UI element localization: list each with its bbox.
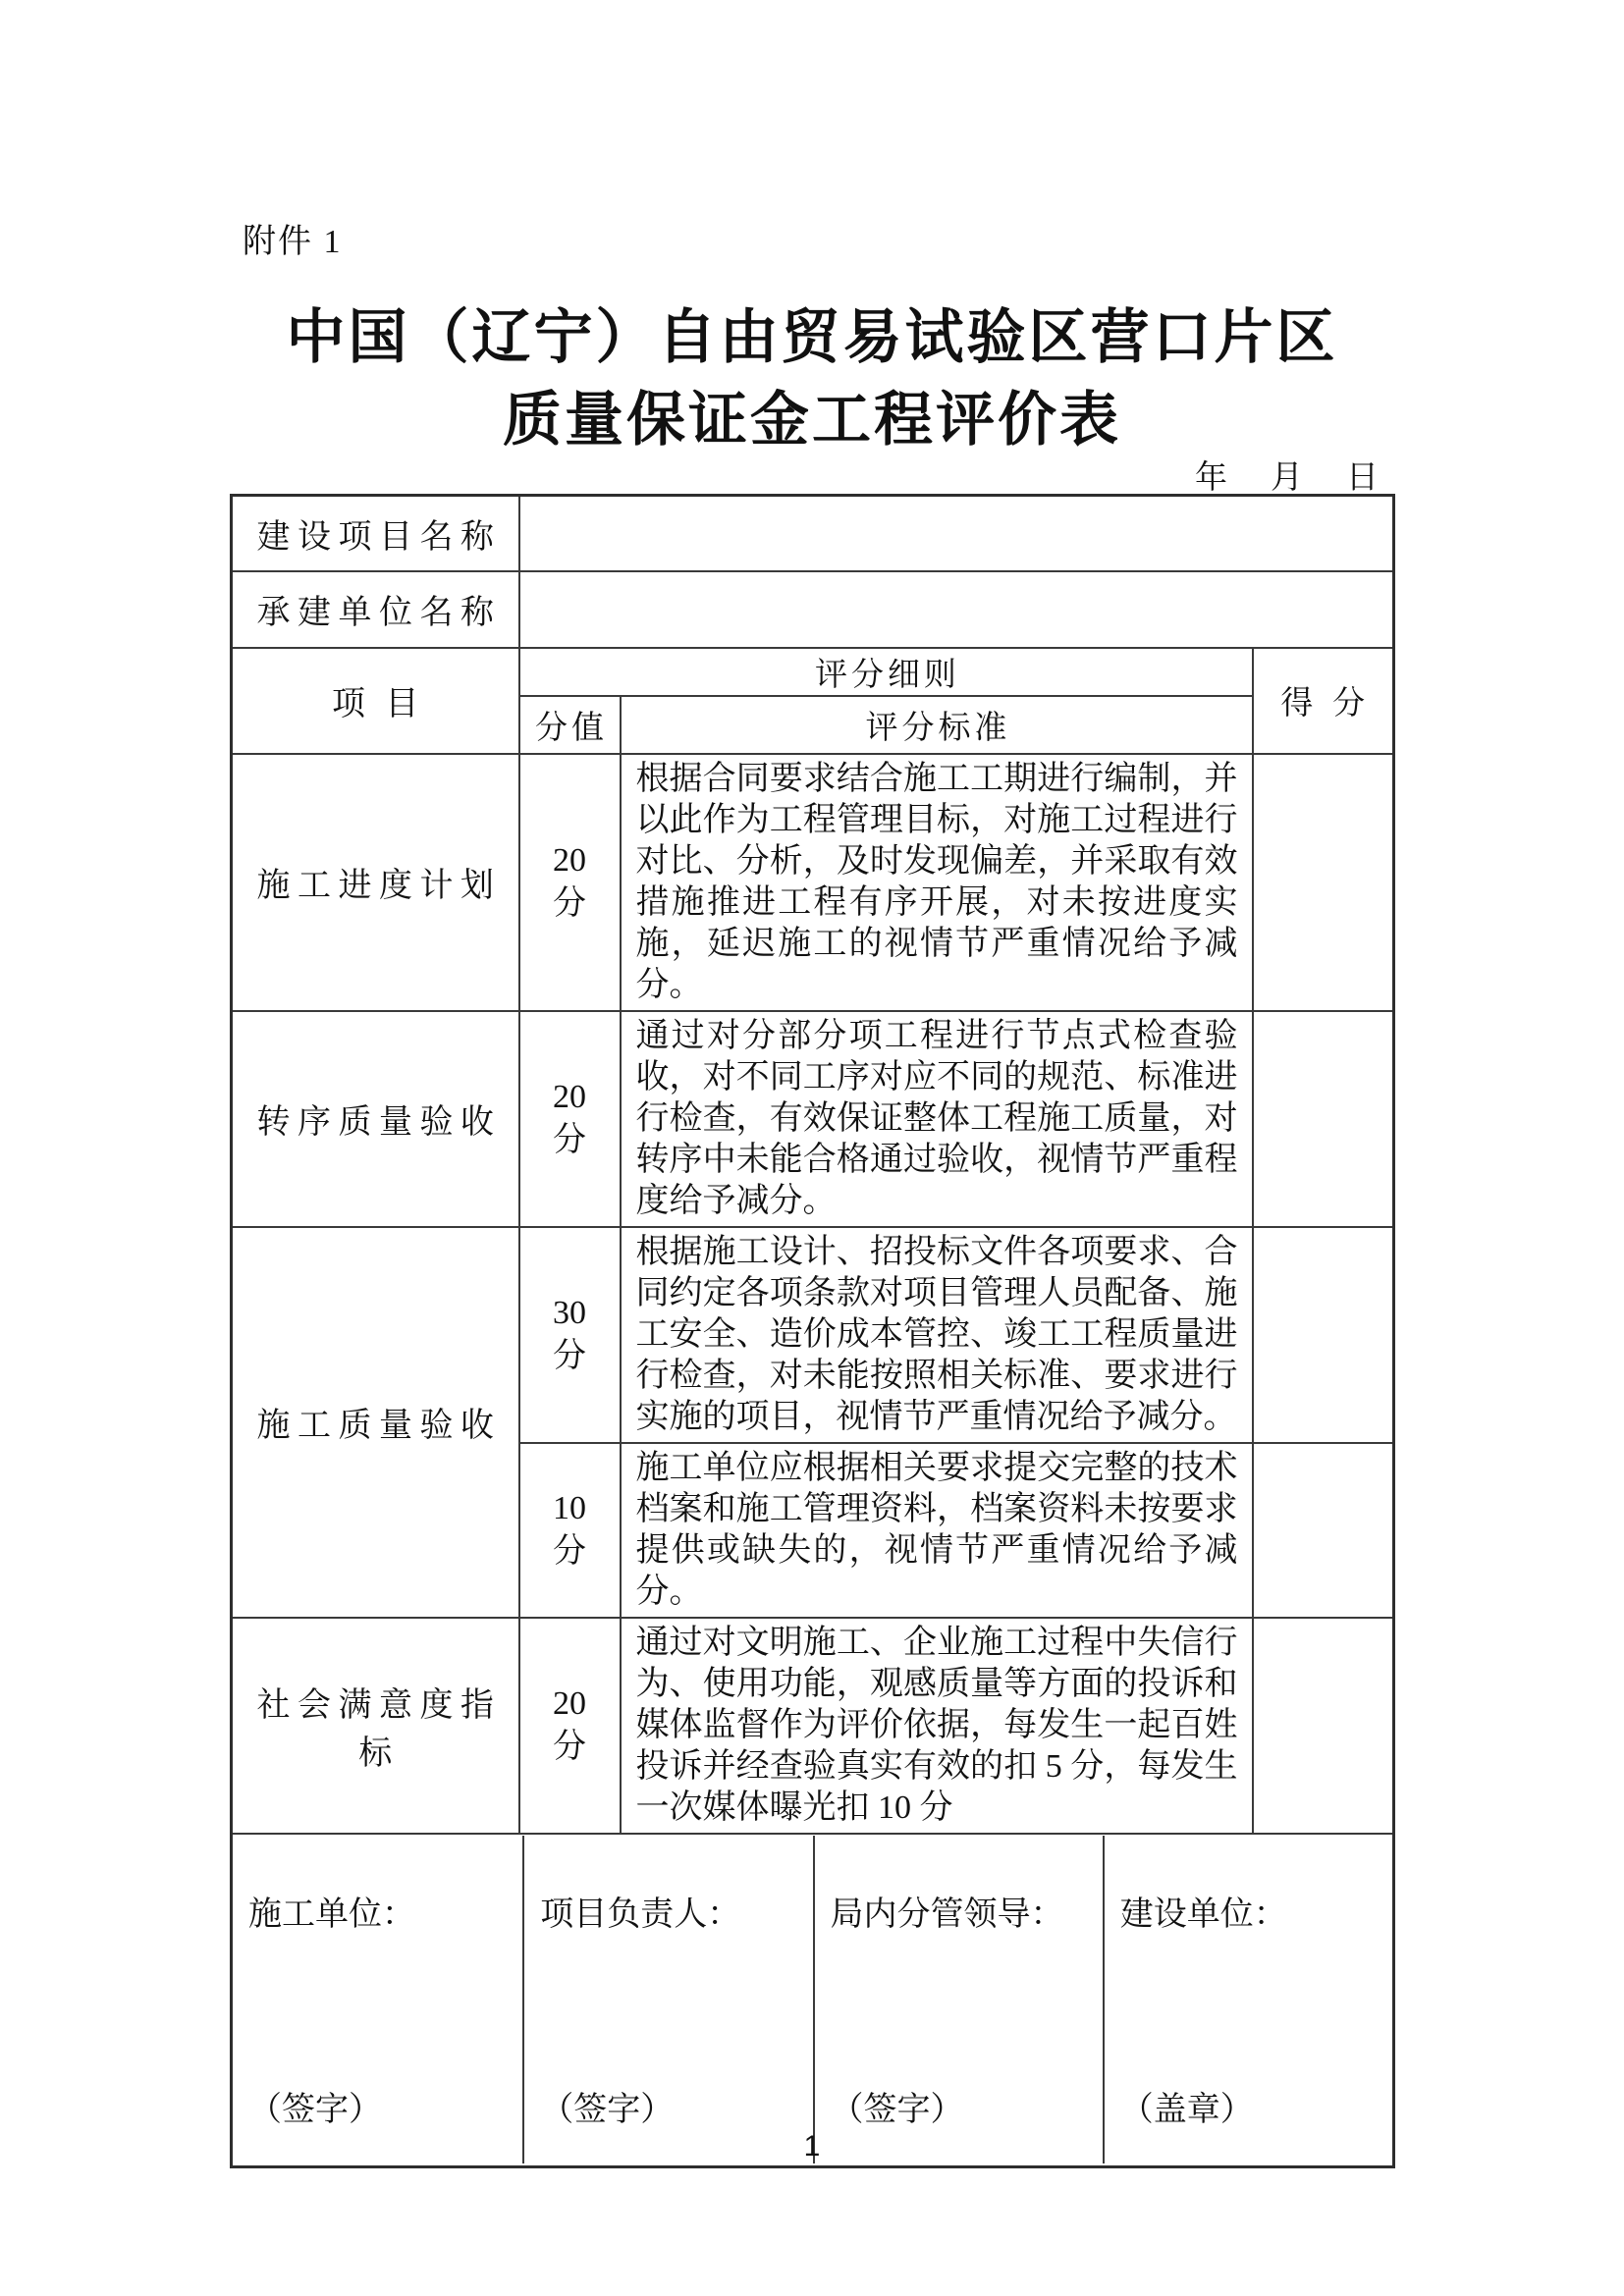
- standard-text: 施工单位应根据相关要求提交完整的技术档案和施工管理资料，档案资料未按要求提供或缺…: [621, 1443, 1253, 1618]
- date-year-label: 年: [1195, 452, 1227, 498]
- row-construction-schedule: 施工进度计划 20 分 根据合同要求结合施工工期进行编制，并以此作为工程管理目标…: [232, 754, 1394, 1011]
- signature-note: （签字）: [540, 2082, 802, 2130]
- signature-note: （签字）: [248, 2082, 513, 2130]
- signature-cell-owner: 建设单位： （盖章）: [1103, 1836, 1392, 2163]
- signature-label: 局内分管领导：: [831, 1887, 1093, 1935]
- signature-row-cell: 施工单位： （签字） 项目负责人： （签字） 局内分管领导： （签字） 建设单位…: [232, 1834, 1394, 2167]
- points-number: 20: [520, 1076, 620, 1119]
- points-cell: 10 分: [519, 1443, 621, 1618]
- contractor-name-row: 承建单位名称: [232, 571, 1394, 648]
- standard-text: 根据施工设计、招投标文件各项要求、合同约定各项条款对项目管理人员配备、施工安全、…: [621, 1227, 1253, 1443]
- signature-note: （盖章）: [1120, 2082, 1382, 2130]
- date-line: 年 月 日: [230, 452, 1392, 498]
- signature-label: 建设单位：: [1120, 1887, 1382, 1935]
- score-blank-cell: [1253, 1618, 1394, 1834]
- points-unit: 分: [520, 1726, 620, 1769]
- item-label: 施工质量验收: [232, 1227, 519, 1618]
- header-points: 分值: [519, 696, 621, 754]
- row-construction-quality-a: 施工质量验收 30 分 根据施工设计、招投标文件各项要求、合同约定各项条款对项目…: [232, 1227, 1394, 1443]
- page-number: 1: [0, 2130, 1624, 2163]
- score-blank-cell: [1253, 1227, 1394, 1443]
- contractor-name-label: 承建单位名称: [232, 571, 519, 648]
- header-item: 项目: [232, 648, 519, 754]
- points-unit: 分: [520, 1530, 620, 1574]
- points-unit: 分: [520, 1119, 620, 1162]
- page-title-line1: 中国（辽宁）自由贸易试验区营口片区: [0, 291, 1624, 375]
- signature-cell-bureau-leader: 局内分管领导： （签字）: [813, 1836, 1103, 2163]
- points-cell: 30 分: [519, 1227, 621, 1443]
- points-number: 30: [520, 1292, 620, 1335]
- row-social-satisfaction: 社会满意度指标 20 分 通过对文明施工、企业施工过程中失信行为、使用功能，观感…: [232, 1618, 1394, 1834]
- signature-row: 施工单位： （签字） 项目负责人： （签字） 局内分管领导： （签字） 建设单位…: [232, 1834, 1394, 2167]
- header-score: 得分: [1253, 648, 1394, 754]
- evaluation-form-table: 建设项目名称 承建单位名称 项目 评分细则 得分 分值 评分标准 施工进度计划 …: [230, 494, 1395, 2168]
- standard-text: 通过对分部分项工程进行节点式检查验收，对不同工序对应不同的规范、标准进行检查，有…: [621, 1011, 1253, 1227]
- points-number: 20: [520, 839, 620, 882]
- contractor-name-value-cell: [519, 571, 1394, 648]
- header-scoring-rules: 评分细则: [519, 648, 1253, 696]
- signature-note: （签字）: [831, 2082, 1093, 2130]
- item-label: 转序质量验收: [232, 1011, 519, 1227]
- project-name-label: 建设项目名称: [232, 496, 519, 571]
- score-blank-cell: [1253, 1443, 1394, 1618]
- points-cell: 20 分: [519, 754, 621, 1011]
- signature-label: 施工单位：: [248, 1887, 513, 1935]
- item-label: 施工进度计划: [232, 754, 519, 1011]
- points-number: 10: [520, 1487, 620, 1530]
- points-cell: 20 分: [519, 1011, 621, 1227]
- points-cell: 20 分: [519, 1618, 621, 1834]
- standard-text: 根据合同要求结合施工工期进行编制，并以此作为工程管理目标，对施工过程进行对比、分…: [621, 754, 1253, 1011]
- points-unit: 分: [520, 882, 620, 926]
- row-sequence-quality: 转序质量验收 20 分 通过对分部分项工程进行节点式检查验收，对不同工序对应不同…: [232, 1011, 1394, 1227]
- item-label: 社会满意度指标: [232, 1618, 519, 1834]
- score-blank-cell: [1253, 1011, 1394, 1227]
- signature-label: 项目负责人：: [540, 1887, 802, 1935]
- attachment-label: 附件 1: [243, 214, 343, 262]
- project-name-row: 建设项目名称: [232, 496, 1394, 571]
- date-day-label: 日: [1346, 452, 1379, 498]
- points-number: 20: [520, 1682, 620, 1726]
- signature-cell-contractor: 施工单位： （签字）: [233, 1836, 522, 2163]
- project-name-value-cell: [519, 496, 1394, 571]
- signature-grid: 施工单位： （签字） 项目负责人： （签字） 局内分管领导： （签字） 建设单位…: [233, 1836, 1392, 2163]
- page-title-line2: 质量保证金工程评价表: [0, 373, 1624, 457]
- standard-text: 通过对文明施工、企业施工过程中失信行为、使用功能，观感质量等方面的投诉和媒体监督…: [621, 1618, 1253, 1834]
- header-row-top: 项目 评分细则 得分: [232, 648, 1394, 696]
- header-standard: 评分标准: [621, 696, 1253, 754]
- points-unit: 分: [520, 1335, 620, 1378]
- document-page: 附件 1 中国（辽宁）自由贸易试验区营口片区 质量保证金工程评价表 年 月 日 …: [0, 0, 1624, 2296]
- signature-cell-project-manager: 项目负责人： （签字）: [522, 1836, 812, 2163]
- score-blank-cell: [1253, 754, 1394, 1011]
- date-month-label: 月: [1271, 452, 1303, 498]
